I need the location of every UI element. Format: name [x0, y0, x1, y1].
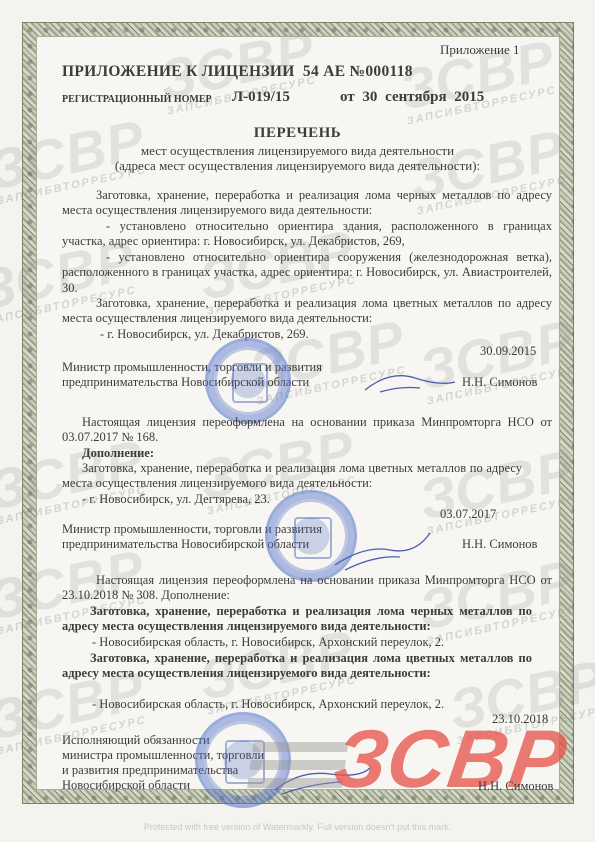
- signer-title: Исполняющий обязанности: [62, 733, 210, 748]
- signer-title: Новосибирской области: [62, 778, 190, 793]
- watermark-notice: Protected with free version of Watermark…: [0, 822, 595, 832]
- paragraph: Заготовка, хранение, переработка и реали…: [62, 296, 552, 327]
- annex-label: Приложение 1: [440, 42, 520, 57]
- paragraph: Заготовка, хранение, переработка и реали…: [62, 604, 532, 635]
- document-title: ПРИЛОЖЕНИЕ К ЛИЦЕНЗИИ 54 АЕ №000118: [62, 64, 413, 79]
- title-line: ПРИЛОЖЕНИЕ К ЛИЦЕНЗИИ: [62, 63, 295, 80]
- list-subheading-2: (адреса мест осуществления лицензируемог…: [0, 158, 595, 173]
- signer-name: Н.Н. Симонов: [462, 375, 537, 390]
- reg-date: от 30 сентября 2015: [340, 90, 484, 105]
- paragraph: - г. Новосибирск, ул. Декабристов, 269.: [100, 327, 309, 342]
- paragraph: - Новосибирская область, г. Новосибирск,…: [92, 697, 444, 712]
- signature: [330, 525, 440, 575]
- paragraph: - установлено относительно ориентира соо…: [62, 250, 552, 296]
- paragraph: Настоящая лицензия переоформлена на осно…: [62, 573, 552, 604]
- list-subheading: мест осуществления лицензируемого вида д…: [0, 143, 595, 158]
- paragraph: Настоящая лицензия переоформлена на осно…: [62, 415, 552, 446]
- signature: [360, 360, 460, 400]
- paragraph: Заготовка, хранение, переработка и реали…: [62, 461, 522, 492]
- signer-name: Н.Н. Симонов: [478, 779, 553, 794]
- paragraph: - г. Новосибирск, ул. Дегтярева, 23.: [82, 492, 270, 507]
- paragraph: Заготовка, хранение, переработка и реали…: [62, 651, 532, 682]
- signature-date: 03.07.2017: [440, 507, 496, 522]
- official-stamp: [205, 338, 291, 424]
- paragraph: Заготовка, хранение, переработка и реали…: [62, 188, 552, 219]
- paragraph: - установлено относительно ориентира зда…: [62, 219, 552, 250]
- list-heading: ПЕРЕЧЕНЬ: [0, 126, 595, 141]
- reg-label: РЕГИСТРАЦИОННЫЙ НОМЕР: [62, 92, 212, 107]
- signer-name: Н.Н. Симонов: [462, 537, 537, 552]
- paragraph: - Новосибирская область, г. Новосибирск,…: [92, 635, 444, 650]
- signature-date: 30.09.2015: [480, 344, 536, 359]
- license-number: 54 АЕ №000118: [303, 63, 413, 80]
- reg-number: Л-019/15: [232, 90, 290, 105]
- addendum-label: Дополнение:: [82, 446, 154, 461]
